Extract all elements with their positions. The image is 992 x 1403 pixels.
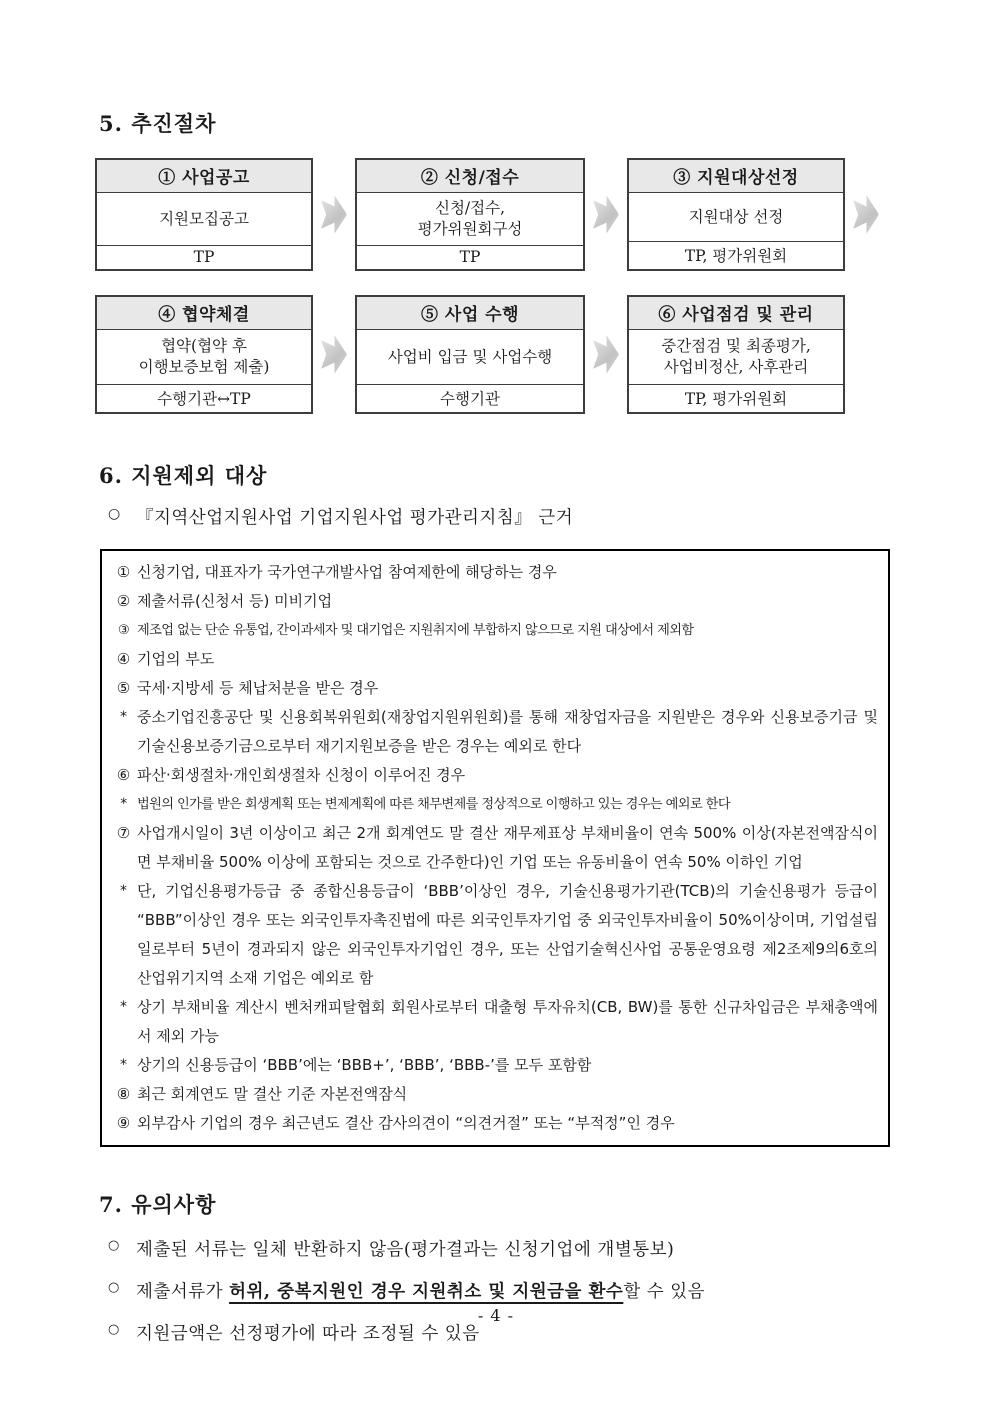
item-marker: ⑦: [110, 819, 137, 877]
item-text: 사업개시일이 3년 이상이고 최근 2개 회계연도 말 결산 재무제표상 부채비…: [137, 819, 878, 877]
flow-box-6-body: 중간점검 및 최종평가, 사업비정산, 사후관리: [629, 330, 843, 384]
flow-box-5-title: ⑤ 사업 수행: [357, 297, 583, 330]
circle-bullet-icon: ○: [108, 1236, 136, 1261]
flow-box-6-body-line: 중간점검 및 최종평가,: [629, 336, 843, 357]
item-text: 신청기업, 대표자가 국가연구개발사업 참여제한에 해당하는 경우: [137, 558, 878, 587]
exclusion-item: ③ 제조업 없는 단순 유통업, 간이과세자 및 대기업은 지원취지에 부합하지…: [110, 616, 878, 645]
flow-row-2: ④ 협약체결 협약(협약 후 이행보증보험 제출) 수행기관↔TP ⑤ 사업 수…: [95, 295, 992, 414]
exclusion-item: ⑤ 국세·지방세 등 체납처분을 받은 경우: [110, 674, 878, 703]
page-number: - 4 -: [0, 1306, 992, 1325]
note-line: ○ 제출서류가 허위, 중복지원인 경우 지원취소 및 지원금을 환수할 수 있…: [108, 1278, 992, 1303]
item-text: 외부감사 기업의 경우 최근년도 결산 감사의견이 “의견거절” 또는 “부적정…: [137, 1109, 878, 1138]
item-text: 제출서류(신청서 등) 미비기업: [137, 587, 878, 616]
flow-box-1-footer: TP: [97, 245, 311, 269]
flow-box-3: ③ 지원대상선정 지원대상 선정 TP, 평가위원회: [627, 158, 845, 271]
item-marker: *: [110, 1051, 137, 1080]
flow-box-1-body-line: 지원모집공고: [97, 209, 311, 230]
flow-box-3-footer: TP, 평가위원회: [629, 241, 843, 269]
flow-box-4-body-line: 이행보증보험 제출): [97, 357, 311, 378]
exclusion-exception-item: * 단, 기업신용평가등급 중 종합신용등급이 ‘BBB’이상인 경우, 기술신…: [110, 877, 878, 993]
item-marker: ⑨: [110, 1109, 137, 1138]
arrow-right-icon: [321, 195, 347, 235]
circle-bullet-icon: ○: [108, 1278, 136, 1303]
flow-box-4-body: 협약(협약 후 이행보증보험 제출): [97, 330, 311, 384]
exclusion-exception-item: * 상기 부채비율 계산시 벤처캐피탈협회 회원사로부터 대출형 투자유치(CB…: [110, 993, 878, 1051]
flow-box-2-body-line: 평가위원회구성: [357, 219, 583, 240]
exclusion-item: ② 제출서류(신청서 등) 미비기업: [110, 587, 878, 616]
flow-box-2: ② 신청/접수 신청/접수, 평가위원회구성 TP: [355, 158, 585, 271]
flow-box-5-footer: 수행기관: [357, 384, 583, 412]
item-marker: ⑤: [110, 674, 137, 703]
flow-box-3-body: 지원대상 선정: [629, 193, 843, 241]
exclusion-exception-item: * 법원의 인가를 받은 회생계획 또는 변제계획에 따른 채무변제를 정상적으…: [110, 790, 878, 819]
item-text: 국세·지방세 등 체납처분을 받은 경우: [137, 674, 878, 703]
item-text: 상기의 신용등급이 ‘BBB’에는 ‘BBB+’, ‘BBB’, ‘BBB-’를…: [137, 1051, 878, 1080]
exclusion-item: ① 신청기업, 대표자가 국가연구개발사업 참여제한에 해당하는 경우: [110, 558, 878, 587]
item-text: 제조업 없는 단순 유통업, 간이과세자 및 대기업은 지원취지에 부합하지 않…: [137, 616, 878, 645]
item-text: 법원의 인가를 받은 회생계획 또는 변제계획에 따른 채무변제를 정상적으로 …: [137, 790, 878, 819]
arrow-right-icon: [593, 195, 619, 235]
flow-box-6-footer: TP, 평가위원회: [629, 384, 843, 412]
arrow-right-icon: [593, 335, 619, 375]
arrow-right-icon: [321, 335, 347, 375]
note-text: 제출된 서류는 일체 반환하지 않음(평가결과는 신청기업에 개별통보): [136, 1236, 674, 1261]
flow-box-2-body-line: 신청/접수,: [357, 198, 583, 219]
item-text: 상기 부채비율 계산시 벤처캐피탈협회 회원사로부터 대출형 투자유치(CB, …: [137, 993, 878, 1051]
flow-box-2-body: 신청/접수, 평가위원회구성: [357, 193, 583, 245]
flow-box-5: ⑤ 사업 수행 사업비 입금 및 사업수행 수행기관: [355, 295, 585, 414]
flow-box-5-body-line: 사업비 입금 및 사업수행: [357, 347, 583, 368]
note-text: 제출서류가 허위, 중복지원인 경우 지원취소 및 지원금을 환수할 수 있음: [136, 1278, 705, 1303]
flow-box-2-footer: TP: [357, 245, 583, 269]
item-marker: ②: [110, 587, 137, 616]
section5-heading: 5. 추진절차: [99, 108, 992, 138]
flow-box-1-body: 지원모집공고: [97, 193, 311, 245]
exclusion-exception-item: * 중소기업진흥공단 및 신용회복위원회(재창업지원위원회)를 통해 재창업자금…: [110, 703, 878, 761]
item-marker: ⑥: [110, 761, 137, 790]
item-text: 단, 기업신용평가등급 중 종합신용등급이 ‘BBB’이상인 경우, 기술신용평…: [137, 877, 878, 993]
flow-box-2-title: ② 신청/접수: [357, 160, 583, 193]
section6-basis-text: 『지역산업지원사업 기업지원사업 평가관리지침』 근거: [136, 504, 573, 529]
section7-heading: 7. 유의사항: [99, 1189, 992, 1219]
exclusion-exception-item: * 상기의 신용등급이 ‘BBB’에는 ‘BBB+’, ‘BBB’, ‘BBB-…: [110, 1051, 878, 1080]
item-marker: *: [110, 993, 137, 1051]
document-page: 5. 추진절차 ① 사업공고 지원모집공고 TP ② 신청/접수 신청/접수, …: [0, 0, 992, 1403]
flow-box-1: ① 사업공고 지원모집공고 TP: [95, 158, 313, 271]
flow-row-1: ① 사업공고 지원모집공고 TP ② 신청/접수 신청/접수, 평가위원회구성 …: [95, 158, 992, 271]
exclusion-criteria-box: ① 신청기업, 대표자가 국가연구개발사업 참여제한에 해당하는 경우 ② 제출…: [100, 549, 890, 1147]
flow-box-6-body-line: 사업비정산, 사후관리: [629, 357, 843, 378]
item-text: 중소기업진흥공단 및 신용회복위원회(재창업지원위원회)를 통해 재창업자금을 …: [137, 703, 878, 761]
note-text-suffix: 할 수 있음: [623, 1282, 705, 1302]
section6-heading: 6. 지원제외 대상: [99, 460, 992, 490]
item-marker: ⑧: [110, 1080, 137, 1109]
exclusion-item: ⑨ 외부감사 기업의 경우 최근년도 결산 감사의견이 “의견거절” 또는 “부…: [110, 1109, 878, 1138]
flow-box-3-title: ③ 지원대상선정: [629, 160, 843, 193]
flow-box-5-body: 사업비 입금 및 사업수행: [357, 330, 583, 384]
exclusion-item: ⑧ 최근 회계연도 말 결산 기준 자본전액잠식: [110, 1080, 878, 1109]
circle-bullet-icon: ○: [108, 504, 136, 529]
item-text: 기업의 부도: [137, 645, 878, 674]
flow-box-4-body-line: 협약(협약 후: [97, 336, 311, 357]
flow-box-6-title: ⑥ 사업점검 및 관리: [629, 297, 843, 330]
flow-box-4-footer: 수행기관↔TP: [97, 384, 311, 412]
item-marker: ①: [110, 558, 137, 587]
exclusion-item: ⑥ 파산·회생절차·개인회생절차 신청이 이루어진 경우: [110, 761, 878, 790]
item-marker: *: [110, 790, 137, 819]
section6-basis-line: ○ 『지역산업지원사업 기업지원사업 평가관리지침』 근거: [108, 504, 992, 529]
flow-box-4-title: ④ 협약체결: [97, 297, 311, 330]
item-marker: *: [110, 877, 137, 993]
exclusion-item: ④ 기업의 부도: [110, 645, 878, 674]
flow-box-4: ④ 협약체결 협약(협약 후 이행보증보험 제출) 수행기관↔TP: [95, 295, 313, 414]
flow-box-3-body-line: 지원대상 선정: [629, 207, 843, 228]
item-text: 최근 회계연도 말 결산 기준 자본전액잠식: [137, 1080, 878, 1109]
item-text: 파산·회생절차·개인회생절차 신청이 이루어진 경우: [137, 761, 878, 790]
note-line: ○ 제출된 서류는 일체 반환하지 않음(평가결과는 신청기업에 개별통보): [108, 1236, 992, 1261]
arrow-right-icon: [853, 195, 879, 235]
flow-box-6: ⑥ 사업점검 및 관리 중간점검 및 최종평가, 사업비정산, 사후관리 TP,…: [627, 295, 845, 414]
item-marker: *: [110, 703, 137, 761]
note-text-prefix: 제출서류가: [136, 1282, 229, 1302]
note-text-emphasis: 허위, 중복지원인 경우 지원취소 및 지원금을 환수: [229, 1282, 623, 1302]
item-marker: ④: [110, 645, 137, 674]
item-marker: ③: [110, 616, 137, 645]
exclusion-item: ⑦ 사업개시일이 3년 이상이고 최근 2개 회계연도 말 결산 재무제표상 부…: [110, 819, 878, 877]
flow-box-1-title: ① 사업공고: [97, 160, 311, 193]
